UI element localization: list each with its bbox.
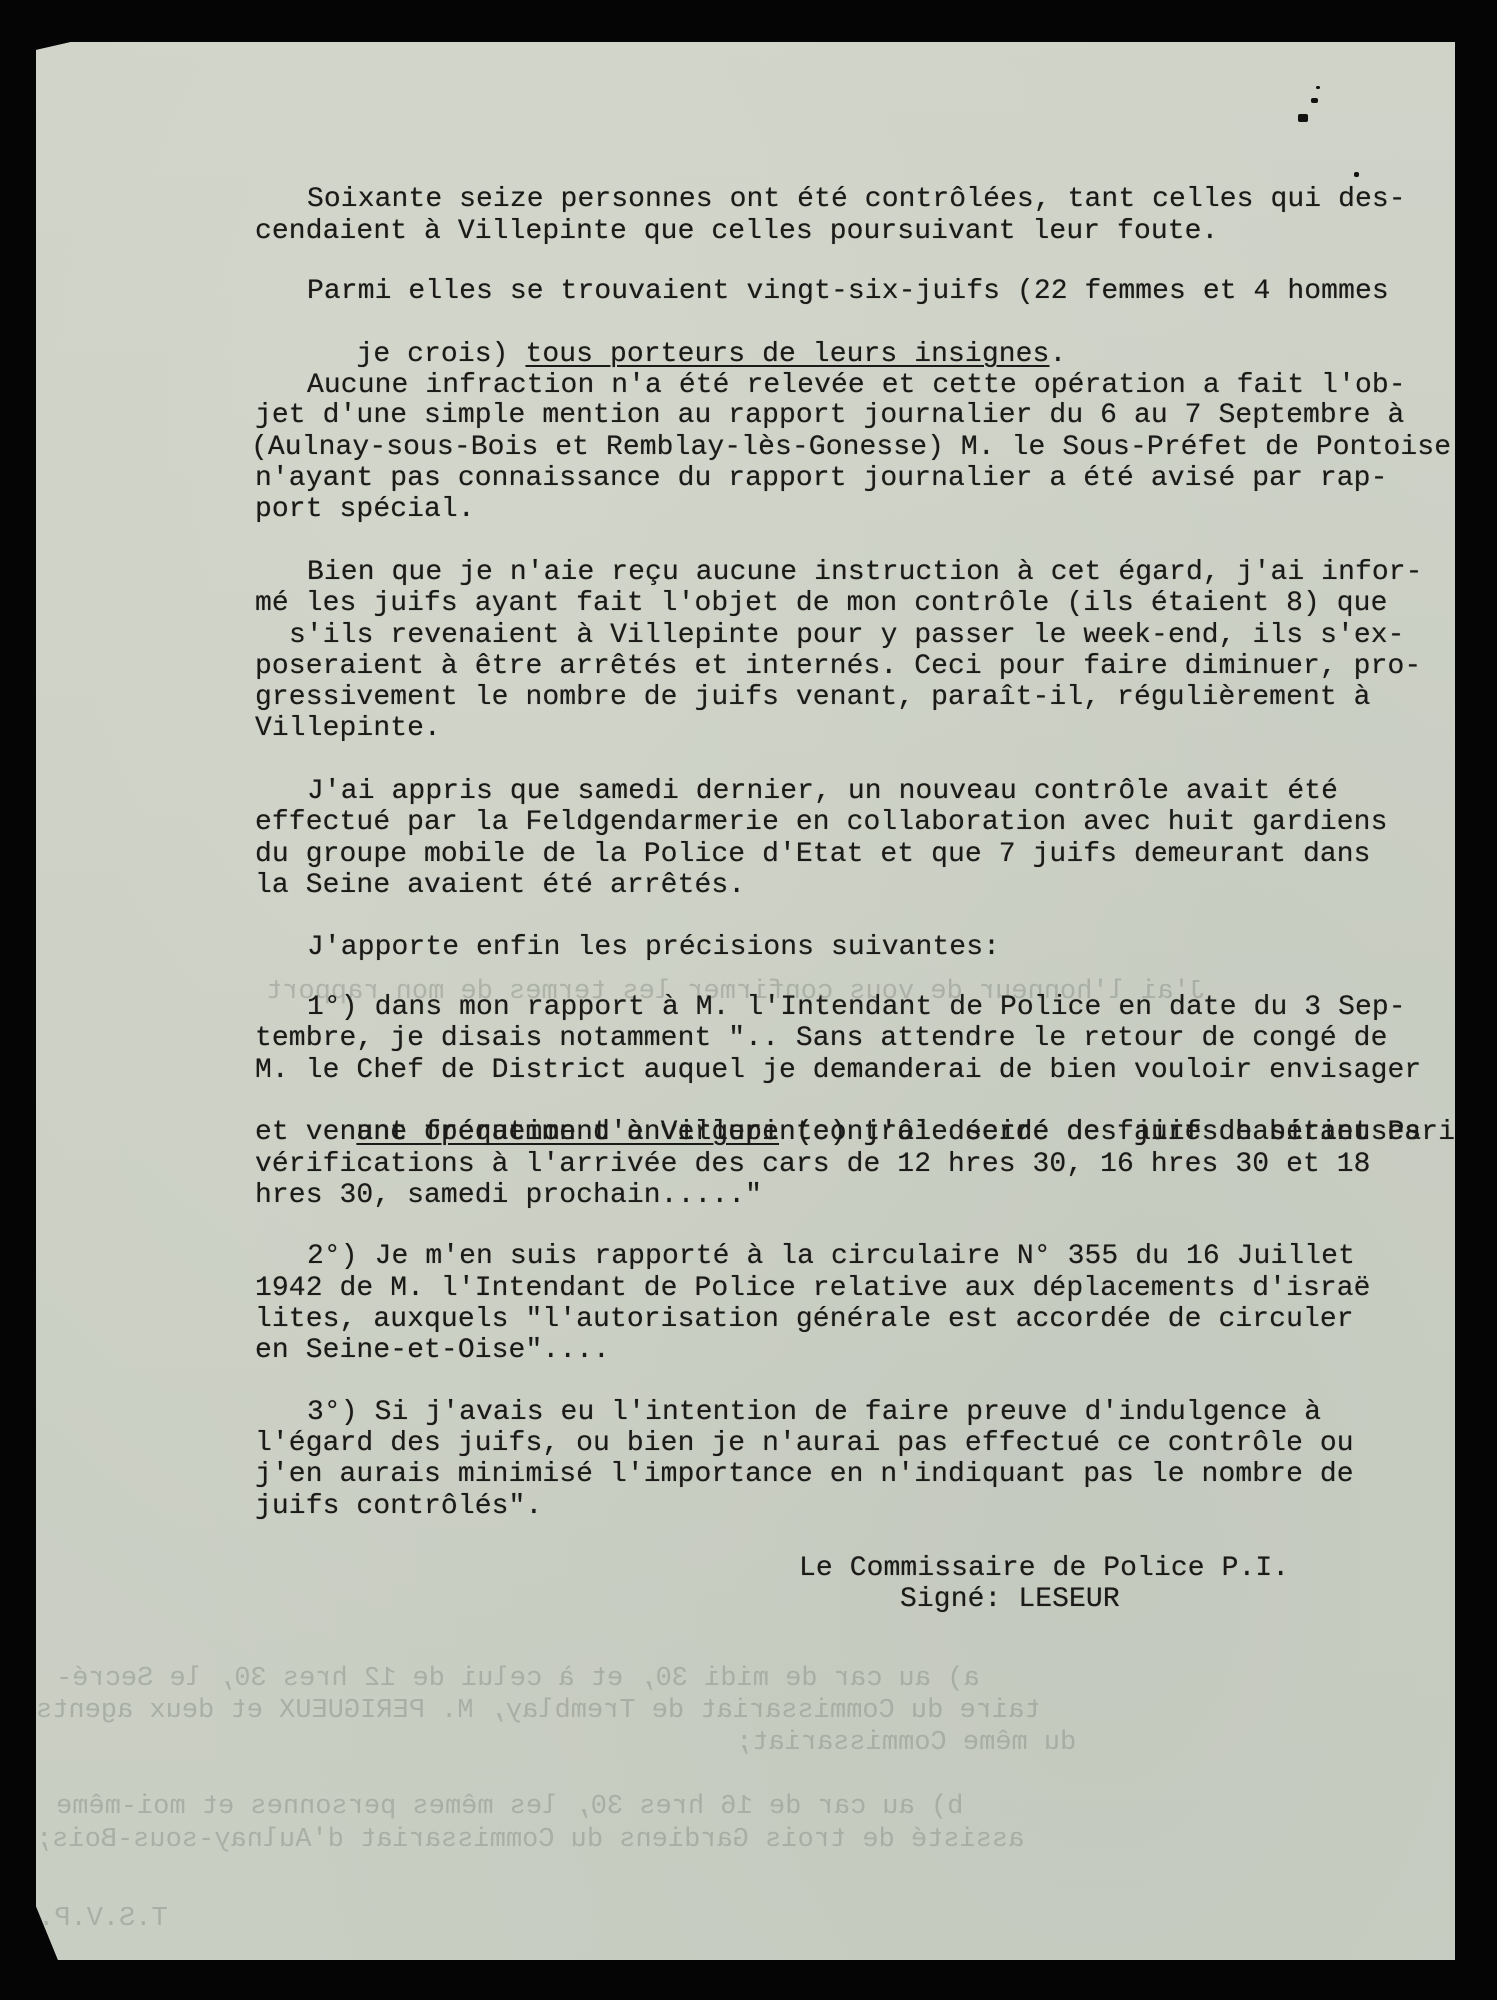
body-line: n'ayant pas connaissance du rapport jour… bbox=[255, 463, 1387, 494]
body-line: J'ai appris que samedi dernier, un nouve… bbox=[307, 776, 1338, 807]
ink-speck bbox=[1316, 86, 1320, 89]
signature-name: Signé: LESEUR bbox=[900, 1584, 1120, 1615]
body-line: 1°) dans mon rapport à M. l'Intendant de… bbox=[307, 992, 1406, 1023]
ink-speck bbox=[1354, 172, 1359, 177]
ink-speck bbox=[1311, 98, 1318, 103]
body-line: M. le Chef de District auquel je demande… bbox=[255, 1055, 1421, 1086]
body-line: et venant fréquemment à Villepinte) j'ai… bbox=[255, 1117, 1421, 1148]
bleed-through-line: taire du Commissariat de Tremblay, M. PE… bbox=[36, 1696, 1041, 1727]
body-line: juifs contrôlés". bbox=[255, 1491, 542, 1522]
ink-speck bbox=[1298, 114, 1308, 122]
paper-sheet: J'ai l'honneur de vous confirmer les ter… bbox=[36, 42, 1455, 1960]
bleed-through-line: T.S.V.P. bbox=[38, 1904, 168, 1935]
body-line: 1942 de M. l'Intendant de Police relativ… bbox=[255, 1273, 1371, 1304]
body-line: Aucune infraction n'a été relevée et cet… bbox=[307, 370, 1406, 401]
body-line: mé les juifs ayant fait l'objet de mon c… bbox=[255, 588, 1387, 619]
text-segment: . bbox=[1049, 339, 1066, 370]
body-line: la Seine avaient été arrêtés. bbox=[255, 870, 745, 901]
signature-title: Le Commissaire de Police P.I. bbox=[799, 1553, 1289, 1584]
body-line: 3°) Si j'avais eu l'intention de faire p… bbox=[307, 1397, 1321, 1428]
bleed-through-line: assisté de trois Gardiens du Commissaria… bbox=[36, 1825, 1024, 1856]
body-line: poseraient à être arrêtés et internés. C… bbox=[255, 651, 1421, 682]
body-line: cendaient à Villepinte que celles poursu… bbox=[255, 216, 1218, 247]
bleed-through-line: b) au car de 16 hres 30, les mêmes perso… bbox=[56, 1792, 963, 1823]
body-line: tembre, je disais notamment ".. Sans att… bbox=[255, 1023, 1387, 1054]
body-line: du groupe mobile de la Police d'Etat et … bbox=[255, 839, 1371, 870]
body-line: port spécial. bbox=[255, 494, 475, 525]
bleed-through-line: a) au car de midi 30, et à celui de 12 h… bbox=[56, 1664, 980, 1695]
body-line: Bien que je n'aie reçu aucune instructio… bbox=[307, 557, 1423, 588]
body-line: (Aulnay-sous-Bois et Remblay-lès-Gonesse… bbox=[251, 432, 1451, 463]
body-line: l'égard des juifs, ou bien je n'aurai pa… bbox=[255, 1428, 1354, 1459]
body-line: s'ils revenaient à Villepinte pour y pas… bbox=[289, 620, 1405, 651]
body-line: Soixante seize personnes ont été contrôl… bbox=[307, 184, 1406, 215]
text-segment: je crois) bbox=[356, 339, 525, 370]
body-line: lites, auxquels "l'autorisation générale… bbox=[255, 1304, 1354, 1335]
body-line: jet d'une simple mention au rapport jour… bbox=[255, 400, 1404, 431]
body-line: j'en aurais minimisé l'importance en n'i… bbox=[255, 1459, 1354, 1490]
bleed-through-line: du même Commissariat; bbox=[736, 1728, 1076, 1759]
body-line: hres 30, samedi prochain....." bbox=[255, 1180, 762, 1211]
body-line: Parmi elles se trouvaient vingt-six-juif… bbox=[307, 276, 1389, 307]
body-line: Villepinte. bbox=[255, 713, 441, 744]
underlined-phrase: tous porteurs de leurs insignes bbox=[525, 339, 1049, 370]
body-line: J'apporte enfin les précisions suivantes… bbox=[307, 932, 1000, 963]
body-line: 2°) Je m'en suis rapporté à la circulair… bbox=[307, 1241, 1355, 1272]
body-line: gressivement le nombre de juifs venant, … bbox=[255, 682, 1371, 713]
body-line: en Seine-et-Oise".... bbox=[255, 1335, 610, 1366]
body-line: effectué par la Feldgendarmerie en colla… bbox=[255, 807, 1387, 838]
body-line: vérifications à l'arrivée des cars de 12… bbox=[255, 1149, 1371, 1180]
scanned-document: J'ai l'honneur de vous confirmer les ter… bbox=[0, 0, 1497, 2000]
